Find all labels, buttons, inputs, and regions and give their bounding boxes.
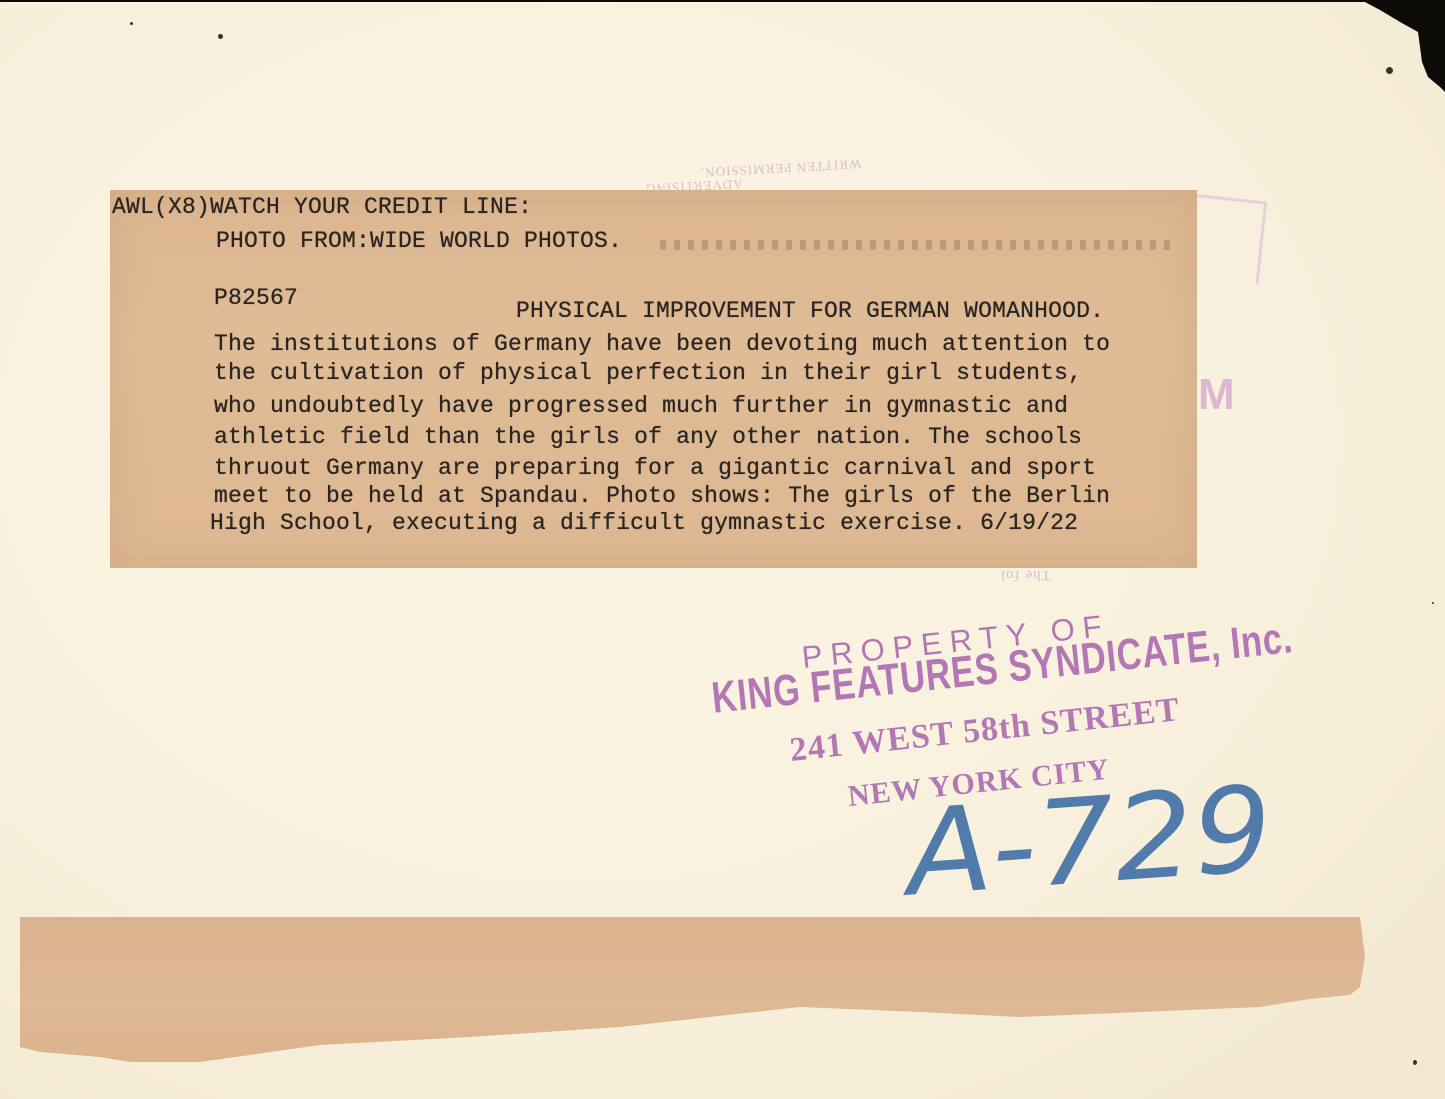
brown-tape-strip [20, 917, 1365, 1062]
caption-body-line: High School, executing a difficult gymna… [210, 510, 1078, 536]
caption-body-line: the cultivation of physical perfection i… [214, 360, 1082, 386]
caption-photo-number: P82567 [214, 285, 298, 311]
caption-body-line: who undoubtedly have progressed much fur… [214, 393, 1068, 419]
caption-header-line: AWL(X8)WATCH YOUR CREDIT LINE: [112, 194, 532, 220]
photo-back-paper: WRITTEN PERMISSION. ADVERTISING M AWL(X8… [0, 2, 1445, 1099]
caption-body-line: The institutions of Germany have been de… [214, 331, 1110, 357]
caption-body-line: meet to be held at Spandau. Photo shows:… [214, 483, 1110, 509]
paper-speck [218, 34, 223, 39]
handwritten-catalog-number: A-729 [902, 759, 1277, 922]
typed-smudge [660, 240, 1170, 250]
typed-caption-slip: AWL(X8)WATCH YOUR CREDIT LINE: PHOTO FRO… [110, 190, 1197, 568]
bleed-through-stamp-line: The fol [1000, 566, 1051, 583]
caption-headline: PHYSICAL IMPROVEMENT FOR GERMAN WOMANHOO… [516, 298, 1104, 324]
paper-speck [1413, 1060, 1417, 1065]
paper-speck [1432, 602, 1434, 604]
caption-body-line: athletic field than the girls of any oth… [214, 424, 1082, 450]
caption-credit-line: PHOTO FROM:WIDE WORLD PHOTOS. [216, 228, 622, 254]
bleed-through-stamp-letter: M [1198, 370, 1235, 420]
paper-speck [130, 22, 133, 25]
caption-body-line: thruout Germany are preparing for a giga… [214, 455, 1096, 481]
paper-speck [1386, 67, 1393, 74]
